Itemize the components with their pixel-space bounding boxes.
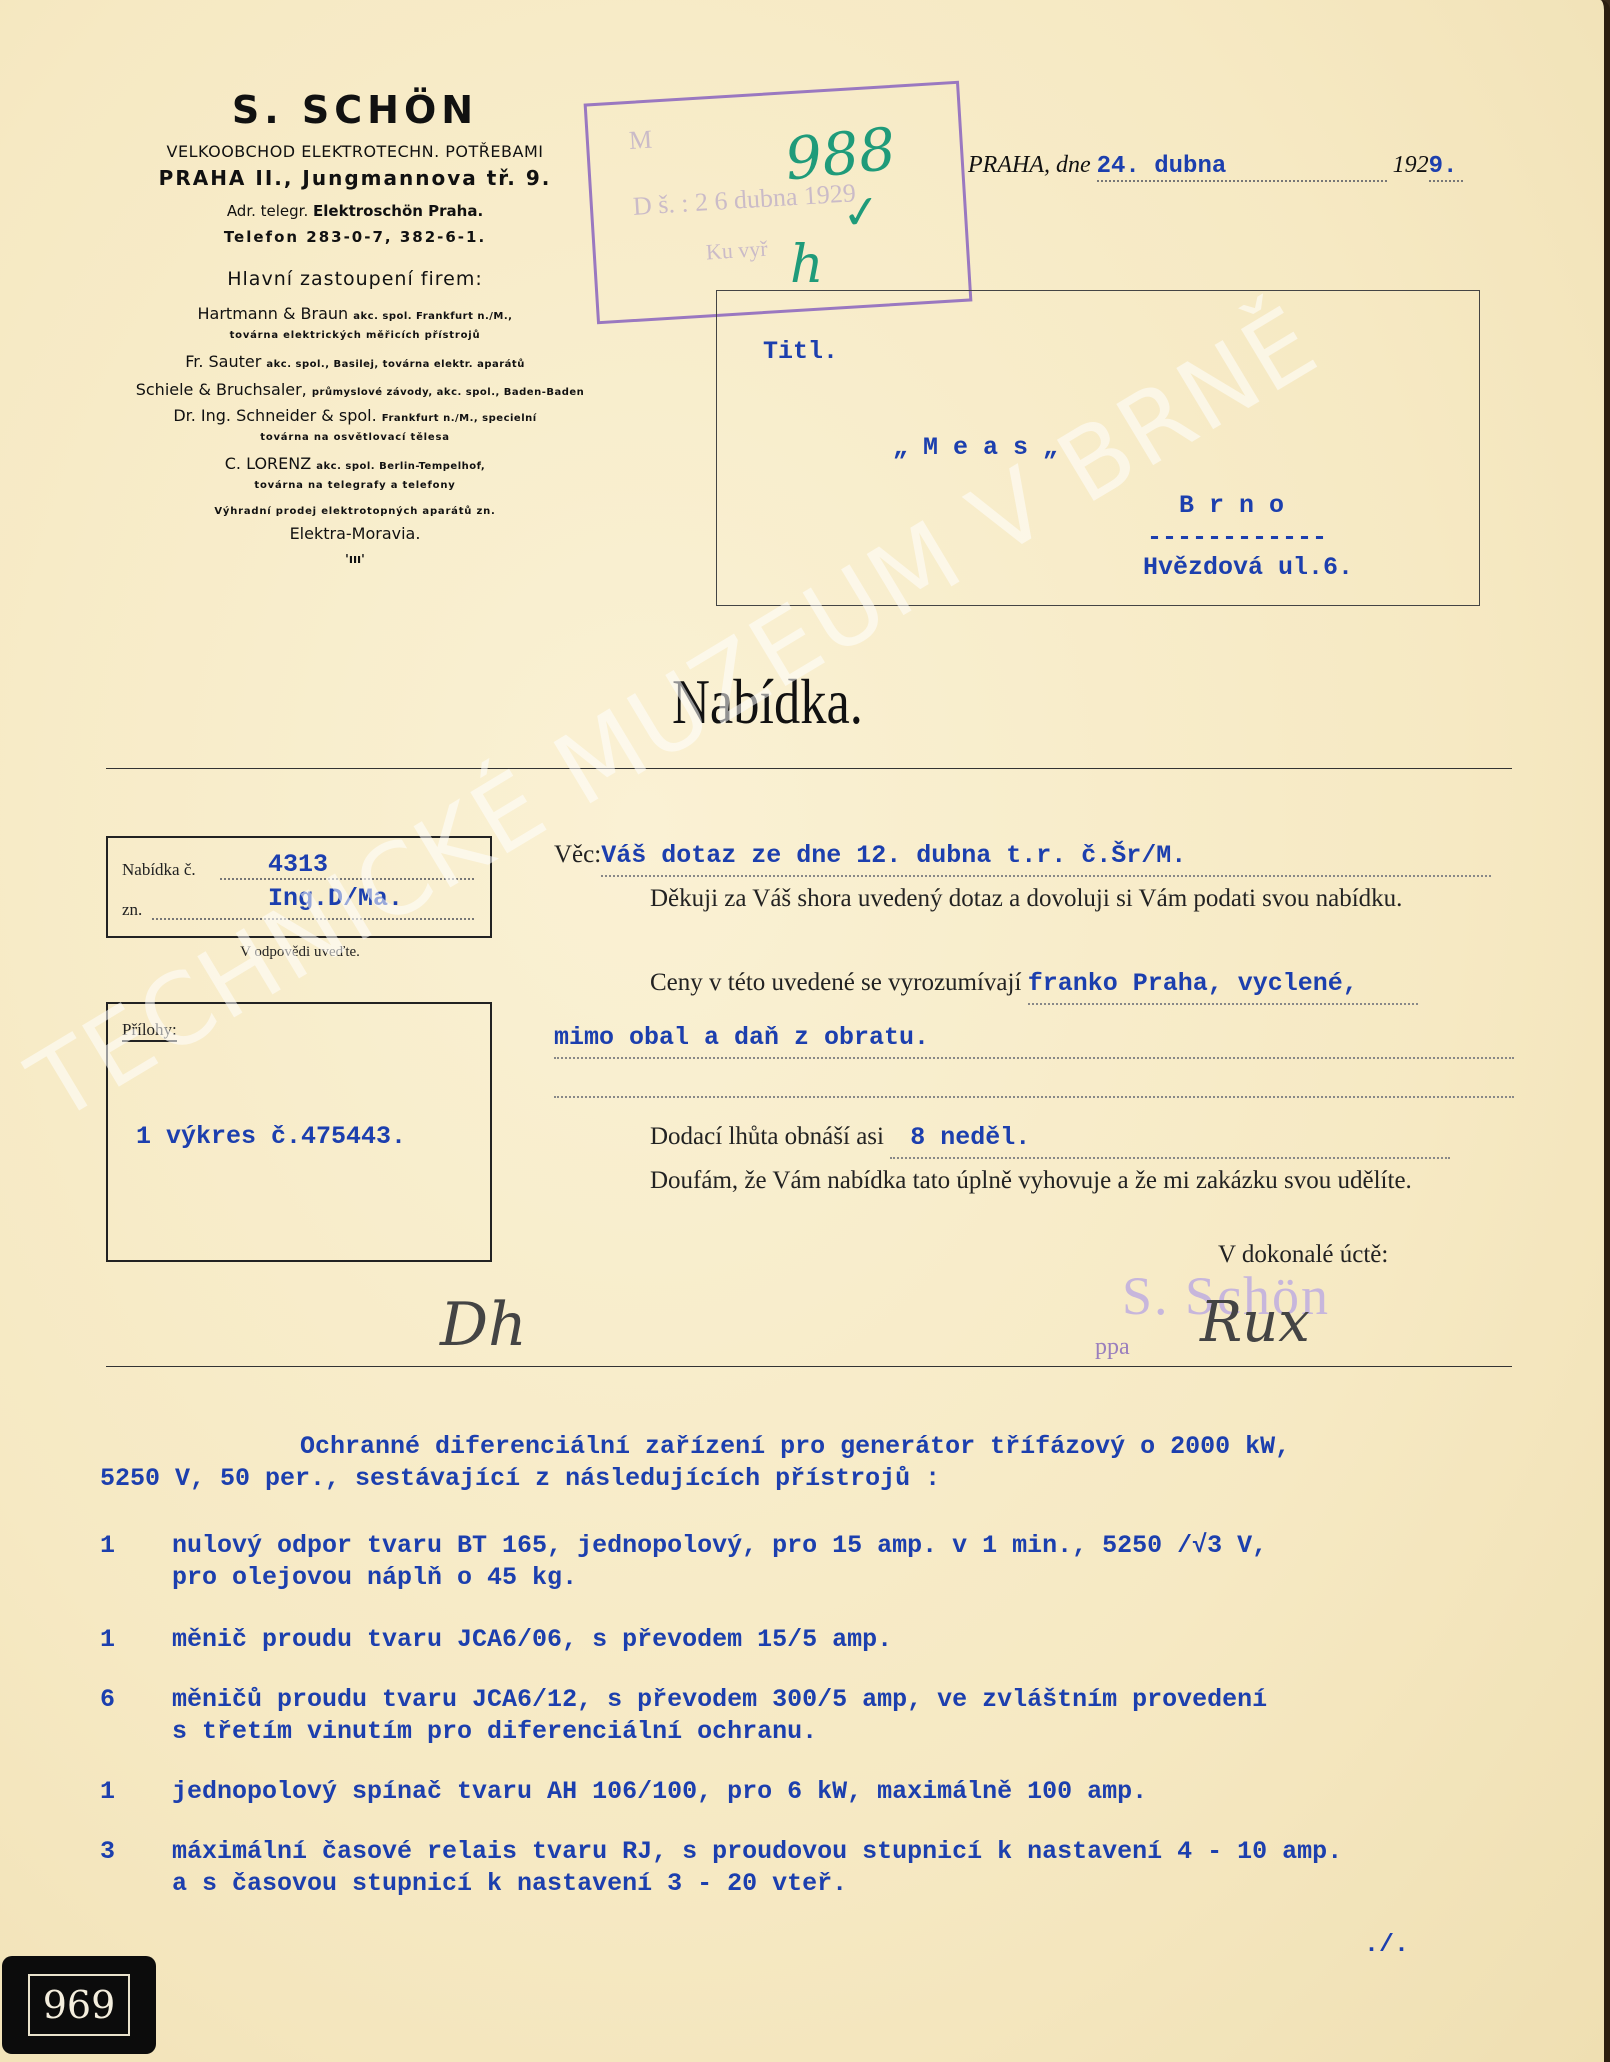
attachment-item: 1 výkres č.475443. [136, 1122, 406, 1151]
recipient-separator: ------------ [1147, 523, 1327, 552]
stamp-line-1: M [628, 125, 653, 156]
representation-4: C. LORENZ akc. spol. Berlin-Tempelhof, [100, 454, 610, 473]
handwritten-initial: h [790, 235, 824, 295]
item-quantity: 1 [100, 1530, 115, 1562]
item-quantity: 3 [100, 1836, 115, 1868]
year-suffix: 9. [1429, 153, 1458, 180]
archive-number: 969 [28, 1974, 130, 2036]
handwritten-initials: Dh [440, 1290, 527, 1360]
telegraph-address: Adr. telegr. Elektroschön Praha. [100, 202, 610, 220]
stamp-line-3: Ku vyř [705, 236, 768, 266]
subject-value: Váš dotaz ze dne 12. dubna t.r. č.Šr/M. [601, 841, 1186, 870]
item-quantity: 6 [100, 1684, 115, 1716]
archive-label: 969 [6, 1960, 152, 2050]
rep-name: Hartmann & Braun [198, 304, 349, 323]
rep-name: Schiele & Bruchsaler, [136, 380, 307, 399]
representation-3-line2: továrna na osvětlovací tělesa [100, 432, 610, 443]
handwritten-number: 988 [782, 114, 899, 193]
date-line: PRAHA, dne 24. dubna 1929. [968, 152, 1463, 182]
recipient-city: B r n o [1179, 491, 1284, 520]
prices-intro: Ceny v této uvedené se vyrozumívají [650, 969, 1021, 996]
item-description: nulový odpor tvaru BT 165, jednopolový, … [172, 1530, 1592, 1594]
received-stamp: M D š. : 2 6 dubna 1929 Ku vyř [584, 81, 973, 325]
divider-bottom [106, 1366, 1512, 1367]
delivery-value: 8 neděl. [890, 1123, 1030, 1152]
rep-detail: akc. spol., Basilej, továrna elektr. apa… [266, 359, 524, 370]
empty-fill-line [554, 1096, 1514, 1098]
rep-name: C. LORENZ [225, 454, 311, 473]
representation-2: Schiele & Bruchsaler, průmyslové závody,… [90, 380, 630, 399]
recipient-salutation: Titl. [763, 337, 838, 366]
representation-4-line2: továrna na telegrafy a telefony [100, 480, 610, 491]
document-page: S. SCHÖN VELKOOBCHOD ELEKTROTECHN. POTŘE… [0, 0, 1610, 2062]
prices-terms-1: franko Praha, vyclené, [1028, 969, 1358, 998]
company-address: PRAHA II., Jungmannova tř. 9. [100, 166, 610, 190]
company-phone: Telefon 283-0-7, 382-6-1. [100, 228, 610, 246]
closing-paragraph: Doufám, že Vám nabídka tato úplně vyhovu… [554, 1162, 1514, 1200]
delivery-intro: Dodací lhůta obnáší asi [650, 1123, 884, 1150]
prices-line-2: mimo obal a daň z obratu. [554, 1018, 1514, 1059]
intro-paragraph: Děkuji za Váš shora uvedený dotaz a dovo… [554, 880, 1514, 918]
item-quantity: 1 [100, 1624, 115, 1656]
check-mark-icon: ✓ [839, 183, 883, 241]
offer-number-label: Nabídka č. [122, 860, 196, 880]
ref-label: zn. [122, 900, 142, 920]
subject-line: Věc:Váš dotaz ze dne 12. dubna t.r. č.Šr… [554, 836, 1514, 877]
representation-0-line2: továrna elektrických měřicích přístrojů [100, 330, 610, 341]
offer-intro-2: 5250 V, 50 per., sestávající z následují… [100, 1464, 940, 1493]
rep-detail: průmyslové závody, akc. spol., Baden-Bad… [312, 387, 584, 398]
representation-3: Dr. Ing. Schneider & spol. Frankfurt n./… [100, 406, 610, 425]
divider-top [106, 768, 1512, 769]
representation-1: Fr. Sauter akc. spol., Basilej, továrna … [90, 352, 620, 371]
telegraph-label: Adr. telegr. [227, 202, 308, 220]
rep-detail: Frankfurt n./M., specielní [382, 413, 537, 424]
company-name: S. SCHÖN [100, 88, 610, 132]
item-description: máximální časové relais tvaru RJ, s prou… [172, 1836, 1592, 1900]
exclusive-sale: Výhradní prodej elektrotopných aparátů z… [100, 506, 610, 517]
rep-name: Fr. Sauter [185, 352, 261, 371]
company-subtitle: VELKOOBCHOD ELEKTROTECHN. POTŘEBAMI [100, 142, 610, 161]
rep-detail: akc. spol. Frankfurt n./M., [353, 311, 512, 322]
year-prefix: 192 [1393, 152, 1429, 178]
prices-terms-2: mimo obal a daň z obratu. [554, 1023, 929, 1052]
representation-title: Hlavní zastoupení firem: [100, 268, 610, 290]
item-description: měničů proudu tvaru JCA6/12, s převodem … [172, 1684, 1592, 1748]
telegraph-value: Elektroschön Praha. [313, 202, 483, 220]
date-place: PRAHA, dne [968, 152, 1091, 178]
recipient-street: Hvězdová ul.6. [1143, 553, 1353, 582]
rep-name: Dr. Ing. Schneider & spol. [173, 406, 376, 425]
ornament-icon: 'ııı' [100, 552, 610, 566]
ppa-label: ppa [1095, 1334, 1130, 1361]
continuation-mark: ./. [1364, 1930, 1409, 1959]
item-description: jednopolový spínač tvaru AH 106/100, pro… [172, 1776, 1592, 1808]
rep-detail: akc. spol. Berlin-Tempelhof, [316, 461, 485, 472]
exclusive-brand: Elektra-Moravia. [100, 524, 610, 543]
delivery-line: Dodací lhůta obnáší asi 8 neděl. [650, 1118, 1514, 1159]
item-description: měnič proudu tvaru JCA6/06, s převodem 1… [172, 1624, 1592, 1656]
representation-0: Hartmann & Braun akc. spol. Frankfurt n.… [100, 304, 610, 323]
offer-intro-1: Ochranné diferenciální zařízení pro gene… [300, 1432, 1290, 1461]
date-value: 24. dubna [1097, 153, 1227, 180]
prices-line: Ceny v této uvedené se vyrozumívají fran… [650, 964, 1570, 1005]
handwritten-signature: Rux [1200, 1290, 1310, 1355]
item-quantity: 1 [100, 1776, 115, 1808]
